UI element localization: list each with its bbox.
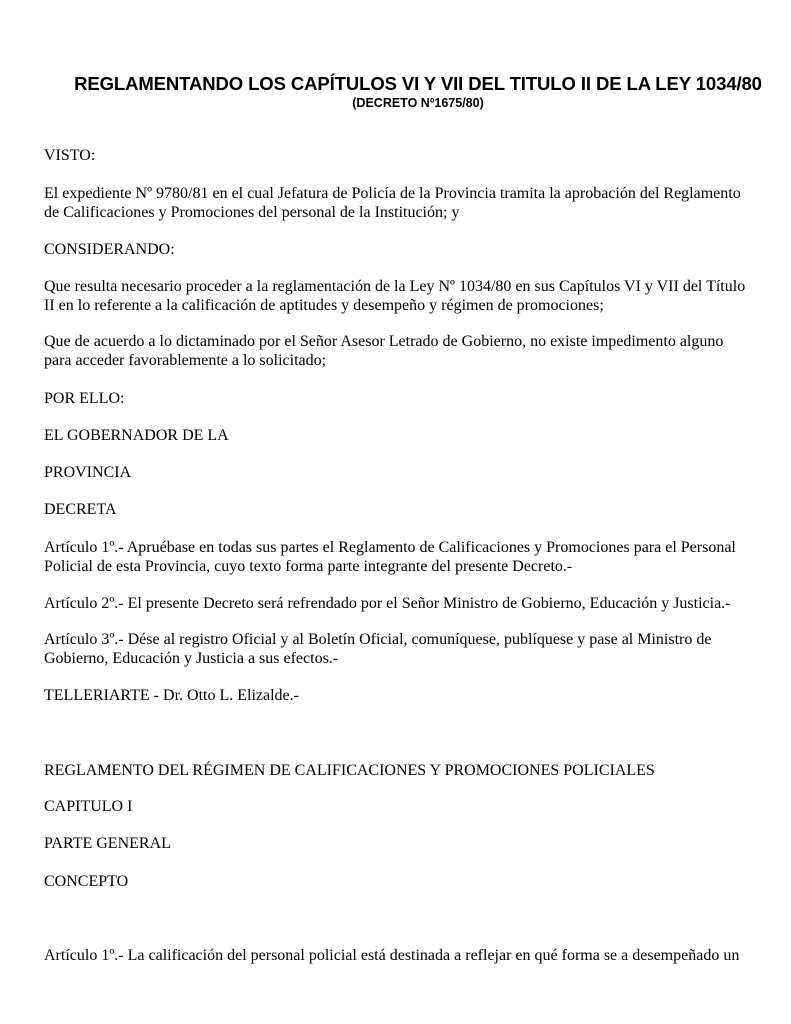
heading-gobernador: EL GOBERNADOR DE LA [44, 426, 754, 445]
heading-considerando: CONSIDERANDO: [44, 240, 754, 259]
section-heading: PARTE GENERAL [44, 834, 754, 853]
article-3: Artículo 3º.- Dése al registro Oficial y… [44, 630, 754, 668]
chapter-heading: CAPITULO I [44, 797, 754, 816]
heading-visto: VISTO: [44, 146, 754, 165]
paragraph-considerando-2: Que de acuerdo a lo dictaminado por el S… [44, 332, 754, 370]
concept-heading: CONCEPTO [44, 872, 754, 891]
heading-provincia: PROVINCIA [44, 463, 754, 482]
heading-decreta: DECRETA [44, 500, 754, 519]
reglamento-title: REGLAMENTO DEL RÉGIMEN DE CALIFICACIONES… [44, 761, 754, 780]
document-title: REGLAMENTANDO LOS CAPÍTULOS VI Y VII DEL… [44, 73, 791, 95]
paragraph-expediente: El expediente Nº 9780/81 en el cual Jefa… [44, 184, 754, 222]
reglamento-article-1: Artículo 1º.- La calificación del person… [44, 946, 754, 965]
paragraph-considerando-1: Que resulta necesario proceder a la regl… [44, 277, 754, 315]
article-2: Artículo 2º.- El presente Decreto será r… [44, 594, 754, 613]
signatures: TELLERIARTE - Dr. Otto L. Elizalde.- [44, 686, 754, 705]
article-1: Artículo 1º.- Apruébase en todas sus par… [44, 538, 754, 576]
document-subtitle: (DECRETO Nº1675/80) [44, 95, 791, 111]
heading-por-ello: POR ELLO: [44, 389, 754, 408]
